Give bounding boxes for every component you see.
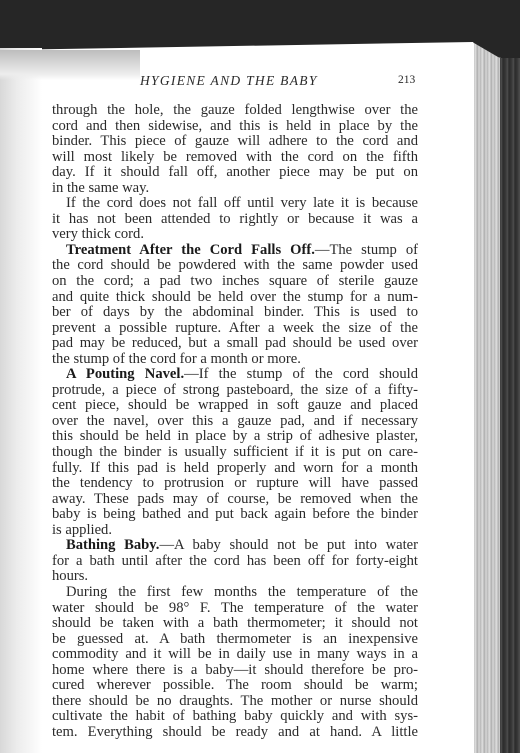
running-head: HYGIENE AND THE BABY — [140, 73, 440, 89]
text-line: in the same way. — [52, 181, 418, 197]
text-line: through the hole, the gauze folded lengt… — [52, 103, 418, 119]
text-line: cent piece, should be wrapped in soft ga… — [52, 398, 418, 414]
text-line: fully. If this pad is held properly and … — [52, 461, 418, 477]
text-line: ber of days by the abdominal binder. Thi… — [52, 305, 418, 321]
page-number: 213 — [398, 74, 415, 86]
paragraph: During the first few months the temperat… — [52, 585, 418, 740]
text-line: baby is being bathed and put back again … — [52, 507, 418, 523]
text-line: the tendency to protrusion or rupture wi… — [52, 476, 418, 492]
book-edge-shadow — [500, 58, 520, 753]
text-line: During the first few months the temperat… — [52, 585, 418, 601]
text-line: the cord should be powdered with the sam… — [52, 258, 418, 274]
text-line: Treatment After the Cord Falls Off.—The … — [52, 243, 418, 259]
text-line: is applied. — [52, 523, 418, 539]
text-line: day. If it should fall off, another piec… — [52, 165, 418, 181]
text-line: cured wherever possible. The room should… — [52, 678, 418, 694]
text-line: water should be 98° F. The temperature o… — [52, 601, 418, 617]
text-line: home where there is a baby—it should the… — [52, 663, 418, 679]
text-line: binder. This piece of gauze will adhere … — [52, 134, 418, 150]
page-gutter-shadow — [0, 48, 42, 753]
text-line: for a bath until after the cord has been… — [52, 554, 418, 570]
text-line: A Pouting Navel.—If the stump of the cor… — [52, 367, 418, 383]
text-line-content: During the first few months the temperat… — [66, 584, 418, 600]
text-line: over the navel, over this a gauze pad, a… — [52, 414, 418, 430]
text-line: pad may be reduced, but a small pad shou… — [52, 336, 418, 352]
text-line: this should be held in place by a strip … — [52, 429, 418, 445]
text-line-content: —If the stump of the cord should — [184, 366, 418, 382]
text-line: the stump of the cord for a month or mor… — [52, 352, 418, 368]
text-line: there should be no draughts. The mother … — [52, 694, 418, 710]
section-heading: A Pouting Navel. — [66, 366, 184, 382]
text-line: Bathing Baby.—A baby should not be put i… — [52, 538, 418, 554]
paragraph-bathing-baby: Bathing Baby.—A baby should not be put i… — [52, 538, 418, 585]
text-line-content: —A baby should not be put into water — [159, 537, 418, 553]
section-heading: Treatment After the Cord Falls Off. — [66, 242, 315, 258]
paragraph-treatment-after-cord: Treatment After the Cord Falls Off.—The … — [52, 243, 418, 367]
text-line: and quite thick should be held over the … — [52, 290, 418, 306]
body-text: through the hole, the gauze folded lengt… — [52, 103, 418, 740]
text-line: If the cord does not fall off until very… — [52, 196, 418, 212]
text-line: be guessed at. A bath thermometer is an … — [52, 632, 418, 648]
text-line: hours. — [52, 569, 418, 585]
text-line: on the cord; a pad two inches square of … — [52, 274, 418, 290]
paragraph: If the cord does not fall off until very… — [52, 196, 418, 243]
page-top-shadow — [0, 50, 140, 80]
text-line: protrude, a piece of strong pasteboard, … — [52, 383, 418, 399]
text-line: it has not been attended to rightly or b… — [52, 212, 418, 228]
text-line: very thick cord. — [52, 227, 418, 243]
section-heading: Bathing Baby. — [66, 537, 159, 553]
text-line-content: If the cord does not fall off until very… — [66, 195, 418, 211]
text-line: commodity and it will be in daily use in… — [52, 647, 418, 663]
text-line: prevent a possible rupture. After a week… — [52, 321, 418, 337]
text-line: will most likely be removed with the cor… — [52, 150, 418, 166]
text-line: tem. Everything should be ready and at h… — [52, 725, 418, 741]
text-line: though the binder is usually sufficient … — [52, 445, 418, 461]
text-line: cord and then sidewise, and this is held… — [52, 119, 418, 135]
paragraph-pouting-navel: A Pouting Navel.—If the stump of the cor… — [52, 367, 418, 538]
text-line: away. These pads may of course, be remov… — [52, 492, 418, 508]
text-line: should be taken with a bath thermometer;… — [52, 616, 418, 632]
text-line-content: —The stump of — [315, 242, 418, 258]
text-line: cultivate the habit of bathing baby quic… — [52, 709, 418, 725]
paragraph: through the hole, the gauze folded lengt… — [52, 103, 418, 196]
